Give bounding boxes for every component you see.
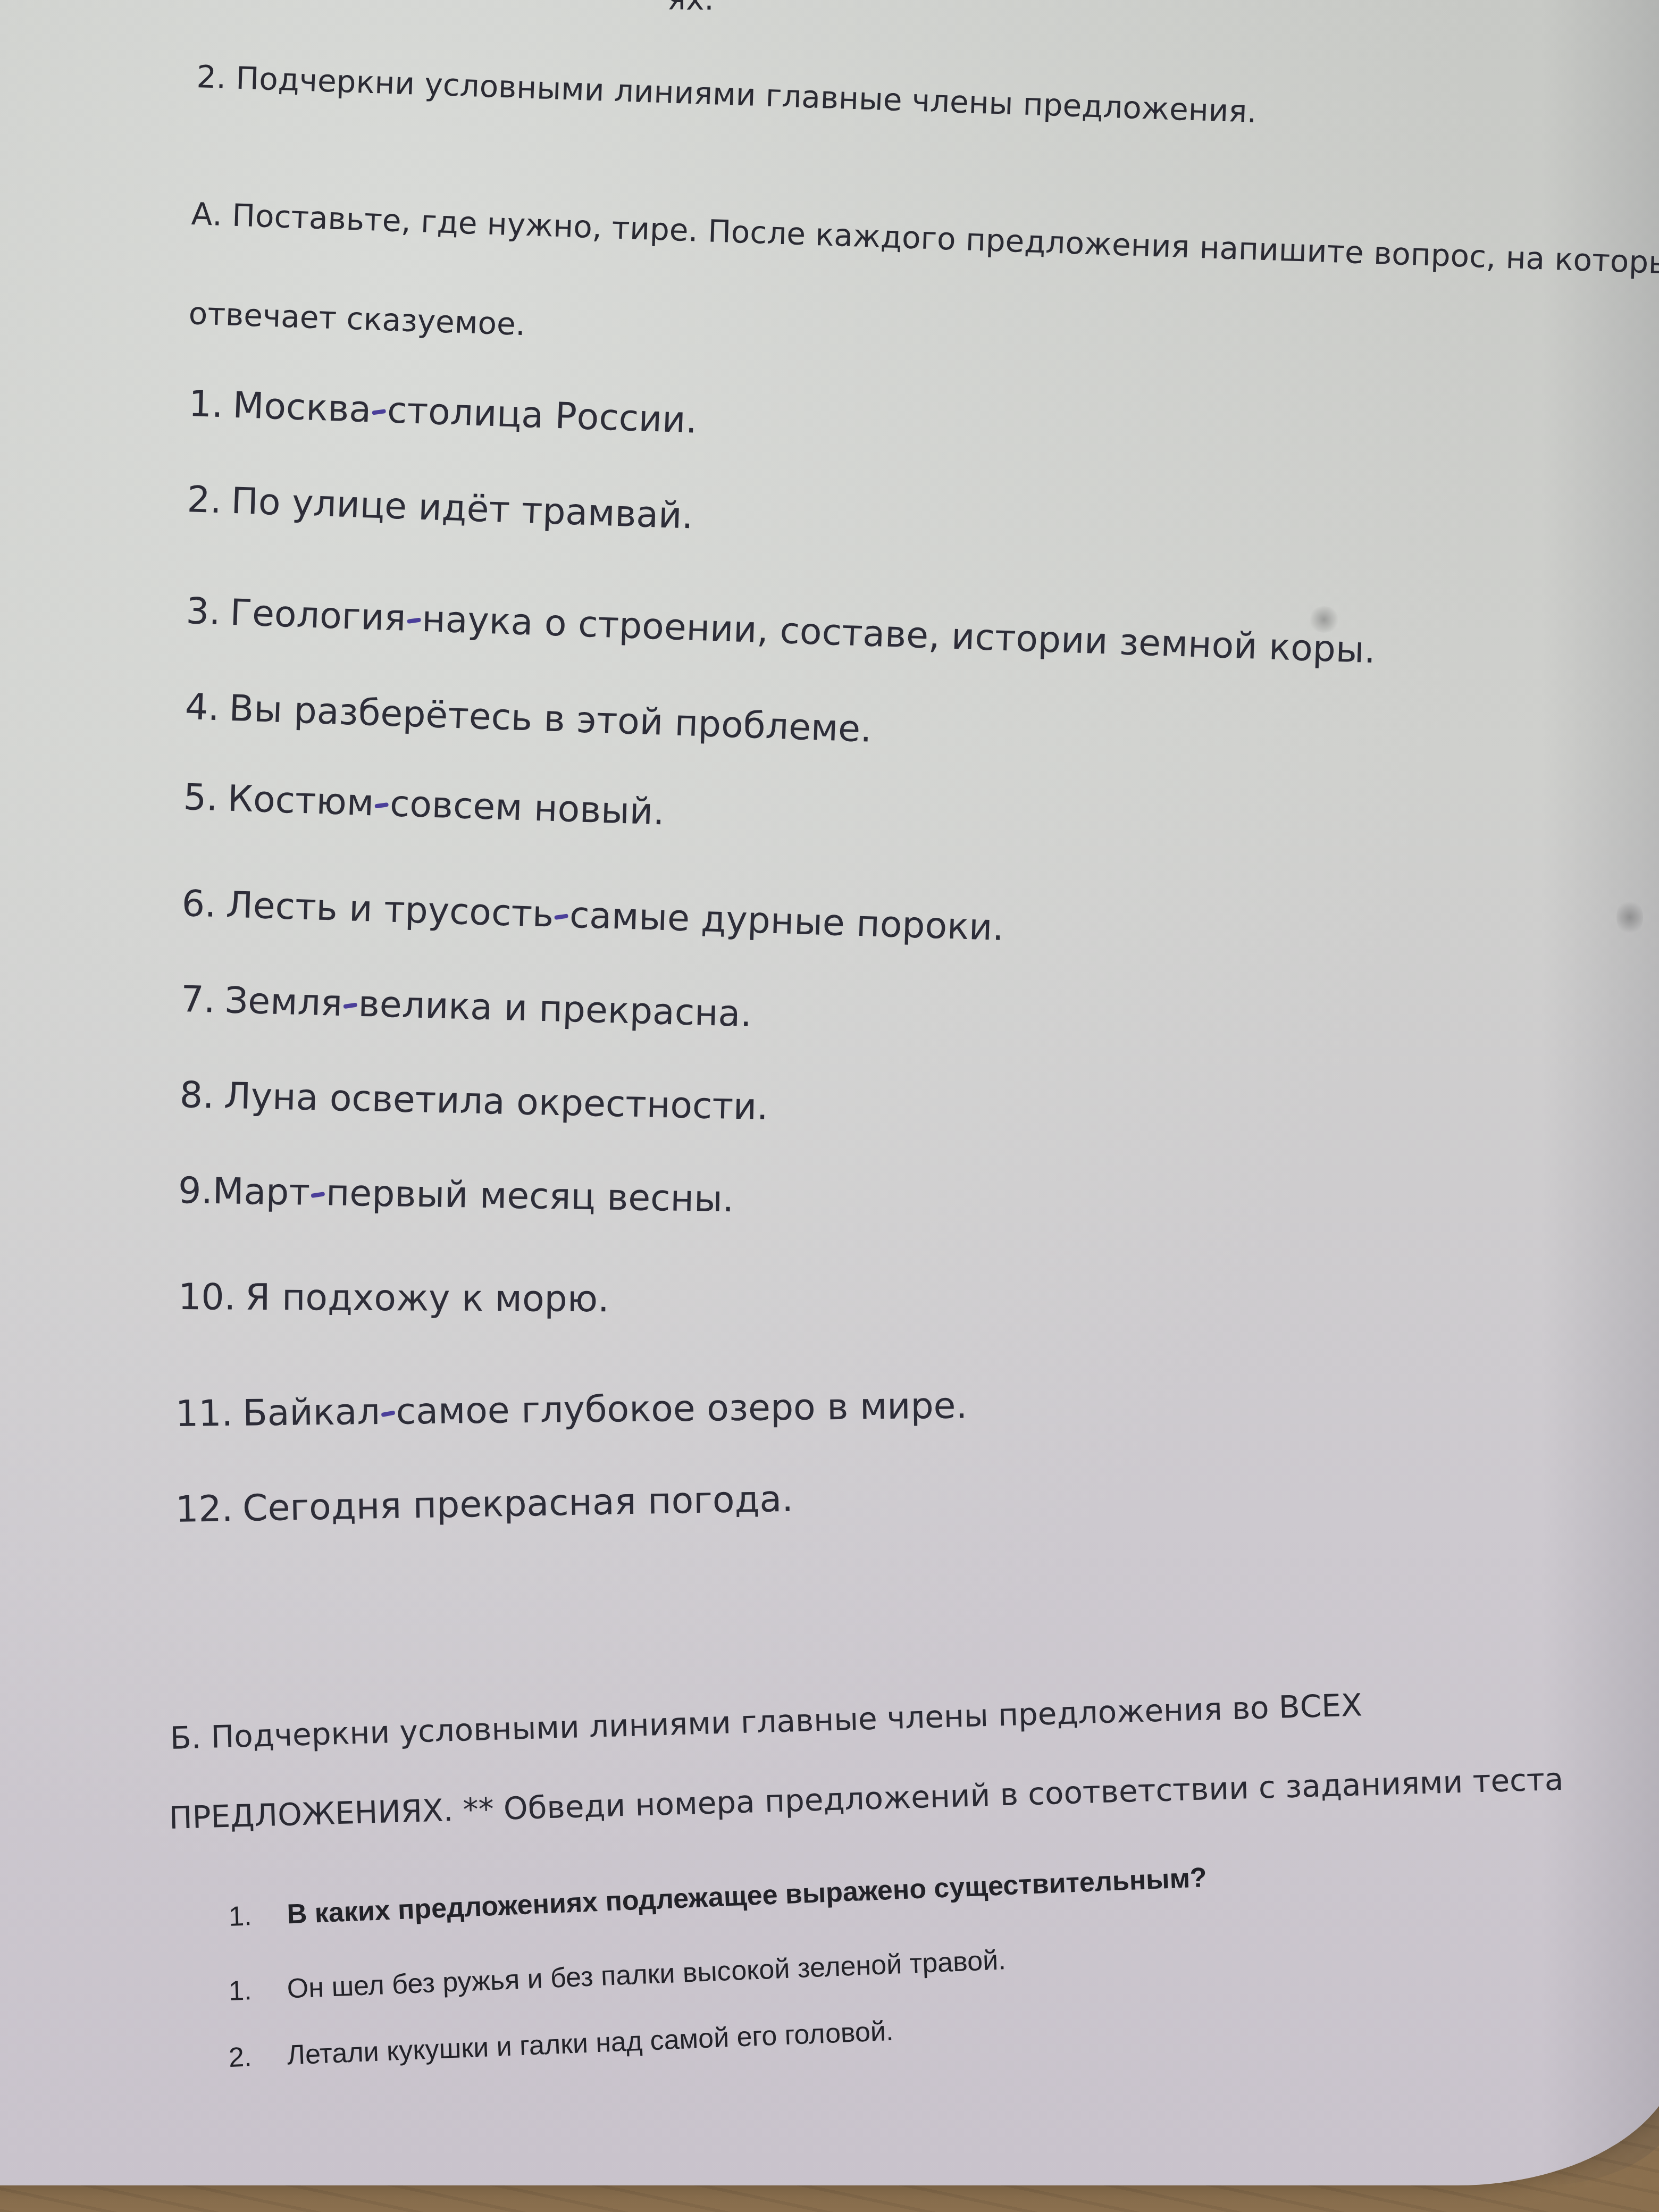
sentence-text-before: Земля [224,979,343,1025]
sentence-number[interactable]: 2. [228,2040,288,2074]
sentence-number: 8. [179,1074,215,1117]
sentence-number: 10. [178,1276,236,1319]
sentence-number: 7. [180,978,216,1021]
handwritten-dash-mark [381,1411,395,1418]
handwritten-dash-mark [407,618,421,624]
sentence-number: 6. [181,883,217,926]
sentence-number[interactable]: 1. [228,1973,288,2007]
sentence-number: 2. [187,479,222,522]
sentence-number: 3. [186,590,221,633]
sentence-text-before: Костюм [227,778,375,825]
sentence-row: 11.Байкалсамое глубокое озеро в мире. [175,1385,968,1435]
top-fragment: ях. [667,0,714,17]
sentence-row: 10.Я подхожу к морю. [178,1276,609,1320]
question-number: 1. [228,1899,288,1933]
sentence-number: 5. [183,776,219,819]
sentence-text-before: Я подхожу к морю. [245,1277,609,1321]
paper-smudge [1616,899,1643,936]
handwritten-dash-mark [555,914,569,920]
sentence-text-before: Март [212,1170,310,1214]
sentence-number: 12. [175,1488,233,1531]
sentence-text-after: первый месяц весны. [325,1172,734,1220]
sentence-row: 9.Мартпервый месяц весны. [178,1170,734,1220]
sentence-text-before: Геология [230,592,407,640]
sentence-number: 11. [175,1393,233,1435]
handwritten-dash-mark [372,409,387,416]
sentence-number: 4. [185,686,220,729]
handwritten-dash-mark [343,1003,357,1009]
sentence-number: 1. [188,383,224,426]
sentence-text-after: совсем новый. [389,783,665,833]
sentence-text-after: самое глубокое озеро в мире. [396,1385,967,1432]
sentence-number: 9. [178,1170,213,1212]
handwritten-dash-mark [311,1192,325,1199]
sentence-text-before: Байкал [242,1391,381,1435]
handwritten-dash-mark [375,802,389,809]
sentence-text-before: Москва [232,384,372,431]
